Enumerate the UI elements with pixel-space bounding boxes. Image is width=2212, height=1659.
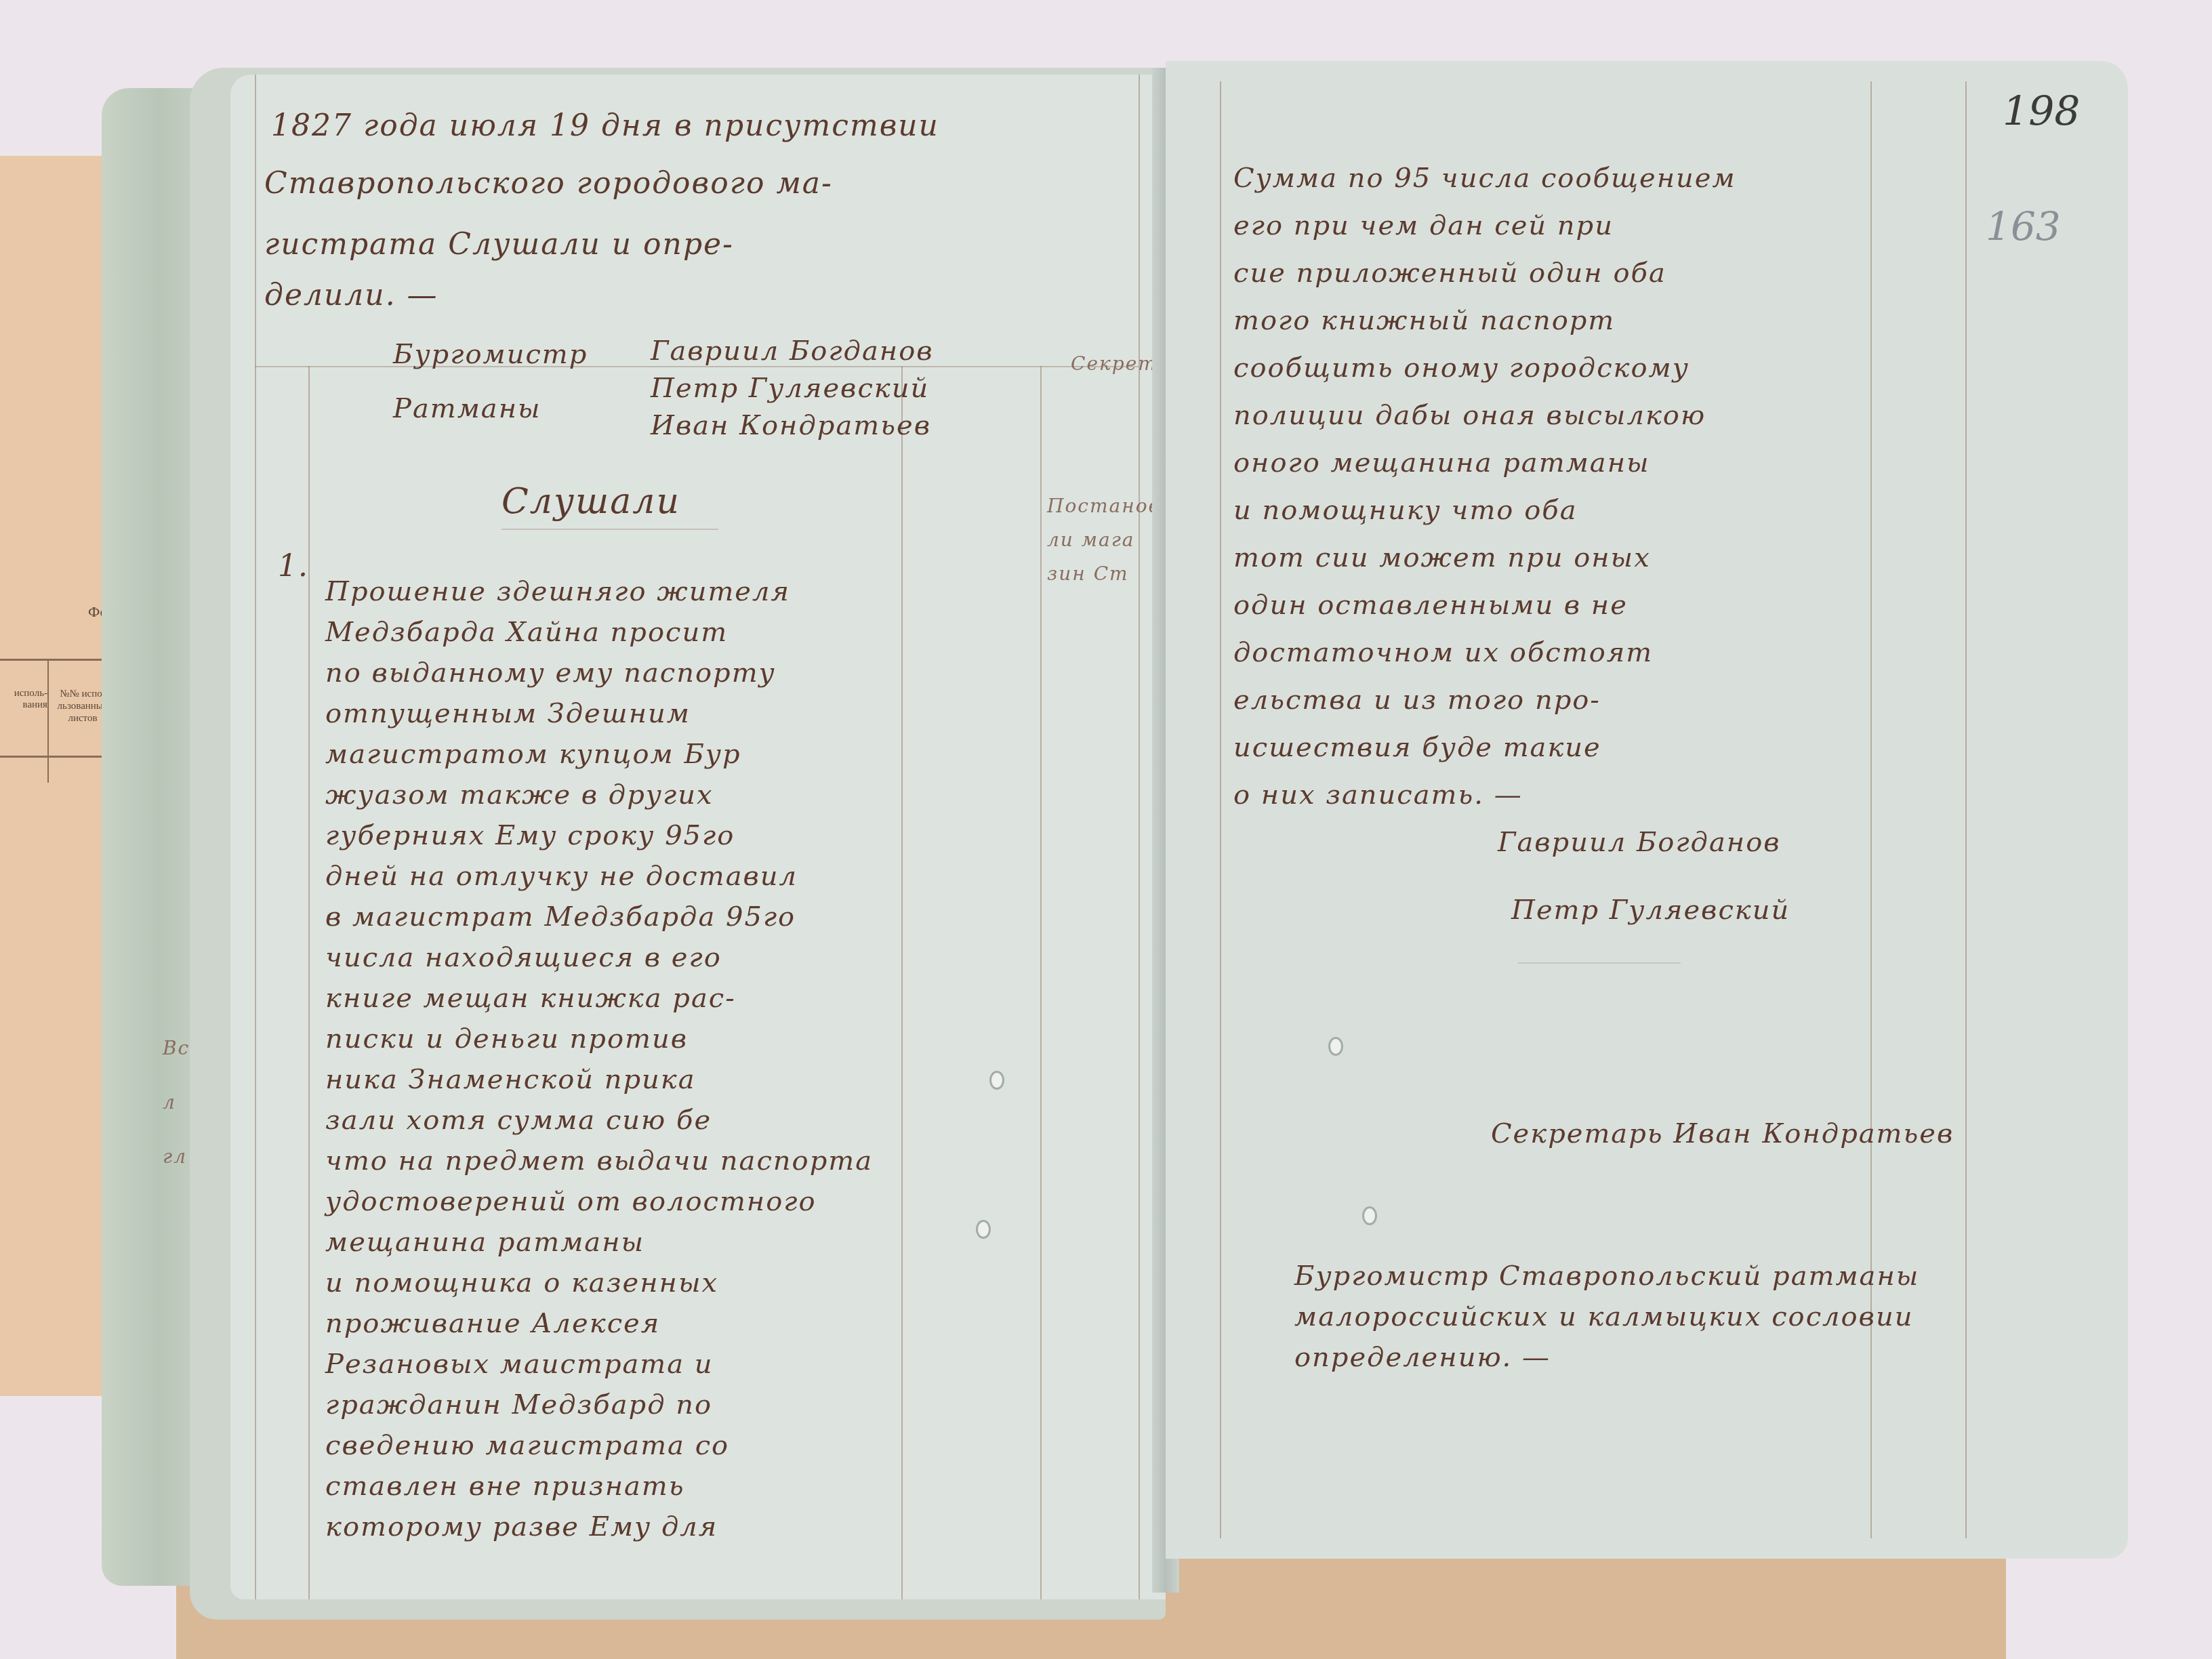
header-line: делили. — <box>264 278 438 312</box>
margin-mark: гл <box>163 1145 187 1168</box>
closing-line: малороссийских и калмыцких сословии <box>1294 1301 1913 1332</box>
body-line: жуазом также в других <box>325 779 714 811</box>
signature: Петр Гуляевский <box>1511 895 1790 926</box>
paper-hole <box>1328 1037 1343 1056</box>
decision-column-rule <box>1040 366 1042 1599</box>
body-line: тот сии может при оных <box>1233 542 1651 573</box>
margin-rule <box>255 75 256 1599</box>
body-line: отпущенным Здешним <box>325 698 691 729</box>
body-line: проживание Алексея <box>325 1308 660 1339</box>
outer-rule <box>1139 75 1140 1599</box>
body-line: и помощника о казенных <box>325 1267 718 1298</box>
body-line: сие приложенный один оба <box>1233 258 1666 289</box>
heading-underline <box>501 529 718 530</box>
body-line: в магистрат Медзбарда 95го <box>325 901 796 933</box>
text-column-rule <box>901 366 903 1599</box>
header-line: 1827 года июля 19 дня в присутствии <box>271 108 939 143</box>
folio-number-pencil: 163 <box>1986 203 2061 249</box>
body-line: магистратом купцом Бур <box>325 739 741 770</box>
attendee-name: Петр Гуляевский <box>651 373 929 404</box>
paper-hole <box>989 1071 1004 1090</box>
signature-dash <box>1518 962 1681 964</box>
body-line: его при чем дан сей при <box>1233 210 1614 241</box>
closing-line: определению. — <box>1294 1342 1551 1373</box>
attendee-name: Гавриил Богданов <box>651 335 934 367</box>
body-line: зали хотя сумма сию бе <box>325 1105 712 1136</box>
margin-mark: Вс <box>163 1037 190 1059</box>
body-line: что на предмет выдачи паспорта <box>325 1145 873 1176</box>
folder-usage-table: исполь- вания №№ испо- льзованных листов <box>0 659 115 758</box>
body-line: книге мещан книжка рас- <box>325 983 736 1014</box>
body-line: гражданин Медзбард по <box>325 1389 712 1420</box>
decision-line: ли мага <box>1047 529 1135 551</box>
header-line: гистрата Слушали и опре- <box>264 227 734 262</box>
role-ratmany: Ратманы <box>393 393 541 424</box>
paper-hole <box>1362 1206 1377 1225</box>
body-line: которому разве Ему для <box>325 1511 718 1542</box>
body-line: дней на отлучку не доставил <box>325 861 798 892</box>
folder-col-usage: исполь- вания <box>0 661 49 783</box>
body-line: Сумма по 95 числа сообщением <box>1233 163 1736 194</box>
body-line: Резановых маистрата и <box>325 1349 714 1380</box>
closing-line: Бургомистр Ставропольский ратманы <box>1294 1261 1919 1292</box>
signature: Гавриил Богданов <box>1498 827 1781 858</box>
body-line: достаточном их обстоят <box>1233 637 1653 668</box>
left-page: 1827 года июля 19 дня в присутствии Став… <box>230 75 1166 1599</box>
body-line: губерниях Ему сроку 95го <box>325 820 735 851</box>
margin-mark: л <box>163 1091 176 1113</box>
body-line: Медзбарда Хайна просит <box>325 617 728 648</box>
body-line: ставлен вне признать <box>325 1471 685 1502</box>
decision-line: зин Ст <box>1047 562 1129 585</box>
margin-rule <box>1220 81 1221 1538</box>
role-burgomaster: Бургомистр <box>393 339 588 370</box>
body-line: ника Знаменской прика <box>325 1064 696 1095</box>
body-line: исшествия буде такие <box>1233 732 1601 763</box>
folio-number: 198 <box>2003 88 2081 136</box>
body-line: и помощнику что оба <box>1233 495 1577 526</box>
body-line: удостоверений от волостного <box>325 1186 817 1217</box>
item-number: 1. <box>278 549 309 583</box>
body-line: по выданному ему паспорту <box>325 657 776 689</box>
body-line: числа находящиеся в его <box>325 942 722 973</box>
body-line: сообщить оному городскому <box>1233 352 1689 384</box>
section-heading: Слушали <box>501 481 680 522</box>
body-line: оного мещанина ратманы <box>1233 447 1650 478</box>
attendee-name: Иван Кондратьев <box>651 410 931 441</box>
header-line: Ставропольского городового ма- <box>264 166 833 201</box>
outer-rule <box>1965 81 1967 1538</box>
right-page: 198 163 Сумма по 95 числа сообщением его… <box>1166 61 2128 1559</box>
body-line: сведению магистрата со <box>325 1430 729 1461</box>
body-line: о них записать. — <box>1233 779 1523 811</box>
secretary-signature: Секретарь Иван Кондратьев <box>1491 1118 1954 1149</box>
paper-hole <box>976 1220 991 1239</box>
body-line: Прошение здешняго жителя <box>325 576 790 607</box>
body-line: того книжный паспорт <box>1233 305 1615 336</box>
body-line: полиции дабы оная высылкою <box>1233 400 1706 431</box>
body-line: ельства и из того про- <box>1233 684 1601 716</box>
body-line: писки и деньги против <box>325 1023 688 1054</box>
body-line: один оставленными в не <box>1233 590 1628 621</box>
body-line: мещанина ратманы <box>325 1227 644 1258</box>
